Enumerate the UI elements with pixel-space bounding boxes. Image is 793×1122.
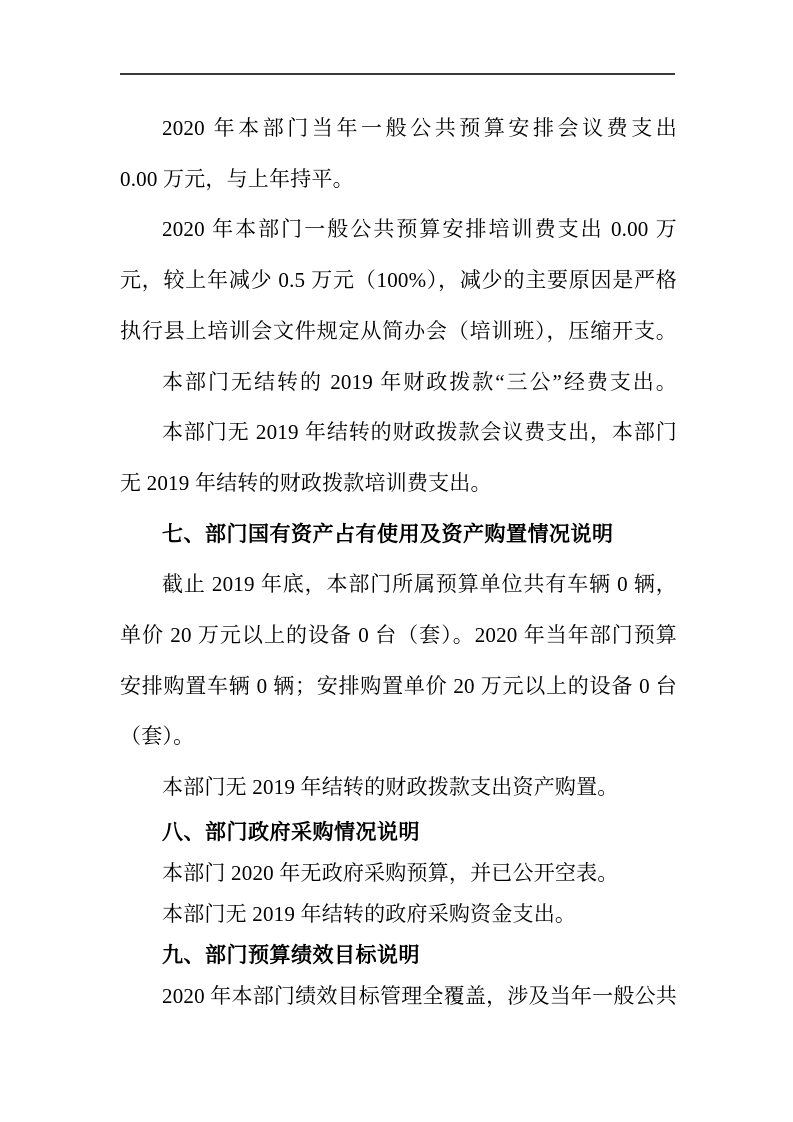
document-page: 2020 年本部门当年一般公共预算安排会议费支出 0.00 万元，与上年持平。 …	[0, 0, 793, 1122]
paragraph-line: 本部门 2020 年无政府采购预算，并已公开空表。	[120, 853, 677, 894]
paragraph-line: 本部门无 2019 年结转的财政拨款支出资产购置。	[120, 762, 677, 813]
section-heading-7: 七、部门国有资产占有使用及资产购置情况说明	[120, 509, 677, 560]
paragraph-line: （套）。	[120, 711, 677, 762]
section-heading-8: 八、部门政府采购情况说明	[120, 812, 677, 853]
paragraph-line: 无 2019 年结转的财政拨款培训费支出。	[120, 458, 677, 509]
paragraph-line: 本部门无 2019 年结转的政府采购资金支出。	[120, 894, 677, 935]
paragraph-line: 单价 20 万元以上的设备 0 台（套）。2020 年当年部门预算	[120, 610, 677, 661]
section-heading-9: 九、部门预算绩效目标说明	[120, 935, 677, 976]
paragraph-line: 安排购置车辆 0 辆；安排购置单价 20 万元以上的设备 0 台	[120, 661, 677, 712]
paragraph-line: 0.00 万元，与上年持平。	[120, 154, 677, 205]
paragraph-line: 执行县上培训会文件规定从简办会（培训班），压缩开支。	[120, 306, 677, 357]
paragraph-line: 2020 年本部门绩效目标管理全覆盖，涉及当年一般公共	[120, 976, 677, 1017]
document-body-upper: 2020 年本部门当年一般公共预算安排会议费支出 0.00 万元，与上年持平。 …	[120, 103, 677, 813]
document-body-lower: 八、部门政府采购情况说明 本部门 2020 年无政府采购预算，并已公开空表。 本…	[120, 812, 677, 1017]
header-divider-rule	[120, 73, 675, 75]
paragraph-line: 2020 年本部门当年一般公共预算安排会议费支出	[120, 103, 677, 154]
paragraph-line: 2020 年本部门一般公共预算安排培训费支出 0.00 万	[120, 204, 677, 255]
paragraph-line: 本部门无 2019 年结转的财政拨款会议费支出，本部门	[120, 407, 677, 458]
paragraph-line: 元，较上年减少 0.5 万元（100%），减少的主要原因是严格	[120, 255, 677, 306]
paragraph-line: 本部门无结转的 2019 年财政拨款“三公”经费支出。	[120, 357, 677, 408]
paragraph-line: 截止 2019 年底，本部门所属预算单位共有车辆 0 辆，	[120, 559, 677, 610]
